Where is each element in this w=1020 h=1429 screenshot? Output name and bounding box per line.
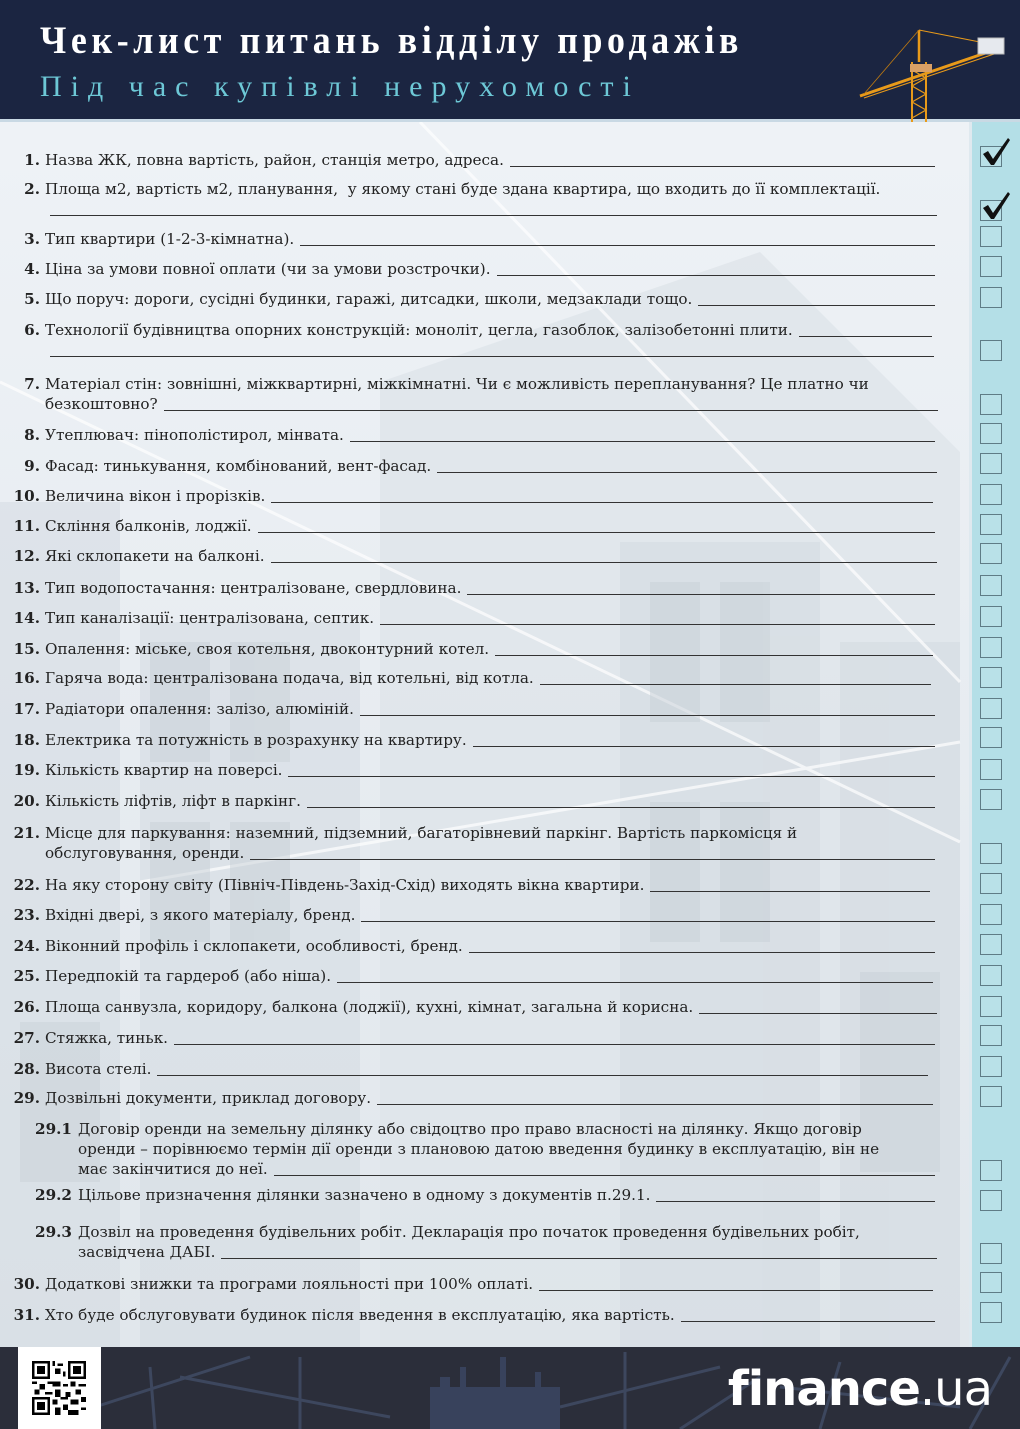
answer-field[interactable] [337,982,933,983]
item-text: Місце для паркування: наземний, підземни… [45,823,797,843]
brand-main: finance [728,1361,920,1417]
item-number: 5. [0,289,40,309]
item-number: 12. [0,546,40,566]
answer-field[interactable] [377,1104,933,1105]
answer-field[interactable] [656,1201,935,1202]
answer-field[interactable] [307,807,935,808]
item-number: 4. [0,259,40,279]
item-number: 10. [0,486,40,506]
item-text: Технології будівництва опорних конструкц… [45,320,793,340]
checklist-area: 1.Назва ЖК, повна вартість, район, станц… [0,122,1020,1347]
item-number: 29.2 [0,1185,72,1205]
item-text: Площа санвузла, коридору, балкона (лоджі… [45,997,693,1017]
answer-field[interactable] [288,776,935,777]
item-text: Електрика та потужність в розрахунку на … [45,730,467,750]
item-number: 6. [0,320,40,340]
item-number: 7. [0,374,40,394]
item-text: Опалення: міське, своя котельня, двоконт… [45,639,489,659]
answer-field[interactable] [164,410,938,411]
item-number: 26. [0,997,40,1017]
item-text: безкоштовно? [45,394,158,414]
item-text: Кількість ліфтів, ліфт в паркінг. [45,791,301,811]
checkbox[interactable] [980,1302,1002,1323]
checkbox[interactable] [980,727,1002,748]
answer-field[interactable] [497,275,935,276]
item-text: оренди – порівнюємо термін дії оренди з … [78,1139,879,1159]
item-text: На яку сторону світу (Північ-Південь-Зах… [45,875,644,895]
item-text: Дозвіл на проведення будівельних робіт. … [78,1222,860,1242]
item-text: Радіатори опалення: залізо, алюміній. [45,699,354,719]
item-number: 16. [0,668,40,688]
checkbox[interactable] [980,256,1002,277]
checkbox[interactable] [980,340,1002,361]
item-text: Величина вікон і прорізків. [45,486,265,506]
item-number: 17. [0,699,40,719]
item-text: Цільове призначення ділянки зазначено в … [78,1185,650,1205]
brand-logo[interactable]: finance.ua [728,1361,992,1417]
item-number: 22. [0,875,40,895]
checkbox[interactable] [980,226,1002,247]
answer-field[interactable] [799,336,932,337]
checkmark-icon [979,136,1013,166]
item-text: має закінчитися до неї. [78,1159,268,1179]
header: Чек-лист питань відділу продажів Під час… [0,0,1020,122]
answer-field[interactable] [469,952,935,953]
checkbox[interactable] [980,484,1002,505]
item-text: Хто буде обслуговувати будинок після вве… [45,1305,675,1325]
item-number: 19. [0,760,40,780]
checkbox[interactable] [980,965,1002,986]
checkmark-icon [979,190,1013,220]
answer-field[interactable] [258,532,935,533]
item-text: Договір оренди на земельну ділянку або с… [78,1119,862,1139]
checkbox[interactable] [980,1086,1002,1107]
item-number: 20. [0,791,40,811]
checkbox[interactable] [980,287,1002,308]
item-number: 30. [0,1274,40,1294]
item-text: Ціна за умови повної оплати (чи за умови… [45,259,491,279]
item-number: 29.1 [0,1119,72,1139]
item-text: Матеріал стін: зовнішні, міжквартирні, м… [45,374,869,394]
item-number: 18. [0,730,40,750]
item-number: 11. [0,516,40,536]
answer-field[interactable] [437,472,937,473]
answer-field[interactable] [698,305,935,306]
page-title: Чек-лист питань відділу продажів [40,18,743,63]
checkbox[interactable] [980,698,1002,719]
item-text: Тип каналізації: централізована, септик. [45,608,374,628]
answer-field[interactable] [510,166,935,167]
item-text: засвідчена ДАБІ. [78,1242,215,1262]
item-number: 2. [0,179,40,199]
answer-field[interactable] [360,715,935,716]
checkbox[interactable] [980,1056,1002,1077]
item-text: Площа м2, вартість м2, планування, у яко… [45,179,880,199]
item-text: Кількість квартир на поверсі. [45,760,283,780]
item-number: 9. [0,456,40,476]
checkbox[interactable] [980,759,1002,780]
answer-field[interactable] [174,1044,935,1045]
item-text: Тип квартири (1-2-3-кімнатна). [45,229,294,249]
checkbox[interactable] [980,843,1002,864]
item-text: Гаряча вода: централізована подача, від … [45,668,534,688]
checkbox[interactable] [980,637,1002,658]
checkbox[interactable] [980,1272,1002,1293]
answer-field[interactable] [540,684,931,685]
checkbox[interactable] [980,423,1002,444]
checkbox[interactable] [980,575,1002,596]
footer: finance.ua [0,1347,1020,1429]
item-text: Додаткові знижки та програми лояльності … [45,1274,533,1294]
checkbox[interactable] [980,789,1002,810]
item-number: 15. [0,639,40,659]
answer-field[interactable] [495,655,933,656]
item-number: 23. [0,905,40,925]
checkbox[interactable] [980,667,1002,688]
answer-field[interactable] [157,1075,928,1076]
item-number: 24. [0,936,40,956]
answer-field[interactable] [50,356,934,357]
answer-field[interactable] [650,891,930,892]
answer-field[interactable] [350,441,935,442]
checkbox[interactable] [980,514,1002,535]
answer-field[interactable] [50,215,937,216]
checkbox[interactable] [980,453,1002,474]
item-number: 25. [0,966,40,986]
answer-field[interactable] [271,562,937,563]
item-number: 14. [0,608,40,628]
qr-code[interactable] [18,1347,101,1429]
item-text: Дозвільні документи, приклад договору. [45,1088,371,1108]
answer-field[interactable] [467,594,935,595]
item-text: Вхідні двері, з якого матеріалу, бренд. [45,905,355,925]
brand-suffix: .ua [920,1361,992,1417]
checkbox[interactable] [980,1160,1002,1181]
checkbox[interactable] [980,606,1002,627]
item-text: обслуговування, оренди. [45,843,244,863]
item-text: Що поруч: дороги, сусідні будинки, гараж… [45,289,692,309]
item-text: Утеплювач: пінополістирол, мінвата. [45,425,344,445]
answer-field[interactable] [221,1258,937,1259]
item-text: Висота стелі. [45,1059,151,1079]
answer-field[interactable] [274,1175,935,1176]
item-number: 29.3 [0,1222,72,1242]
answer-field[interactable] [300,245,935,246]
answer-field[interactable] [380,624,935,625]
item-number: 13. [0,578,40,598]
item-text: Назва ЖК, повна вартість, район, станція… [45,150,504,170]
item-text: Фасад: тинькування, комбінований, вент-ф… [45,456,431,476]
crane-icon [850,26,1010,122]
qr-code-icon [32,1361,86,1415]
item-number: 27. [0,1028,40,1048]
answer-field[interactable] [539,1290,933,1291]
answer-field[interactable] [681,1321,935,1322]
checkbox[interactable] [980,934,1002,955]
answer-field[interactable] [473,746,935,747]
item-number: 1. [0,150,40,170]
checkbox[interactable] [980,873,1002,894]
item-number: 3. [0,229,40,249]
answer-field[interactable] [250,859,935,860]
checkbox[interactable] [980,904,1002,925]
item-number: 21. [0,823,40,843]
answer-field[interactable] [271,502,933,503]
item-text: Віконний профіль і склопакети, особливос… [45,936,463,956]
checkbox[interactable] [980,996,1002,1017]
item-number: 8. [0,425,40,445]
item-number: 29. [0,1088,40,1108]
answer-field[interactable] [699,1013,937,1014]
checkbox[interactable] [980,543,1002,564]
item-text: Стяжка, тиньк. [45,1028,168,1048]
answer-field[interactable] [361,921,935,922]
item-text: Які склопакети на балконі. [45,546,265,566]
item-text: Тип водопостачання: централізоване, свер… [45,578,461,598]
item-number: 31. [0,1305,40,1325]
item-text: Передпокій та гардероб (або ніша). [45,966,331,986]
page-subtitle: Під час купівлі нерухомості [40,70,640,104]
item-number: 28. [0,1059,40,1079]
checkbox[interactable] [980,1025,1002,1046]
checkbox[interactable] [980,1243,1002,1264]
item-text: Скління балконів, лоджії. [45,516,252,536]
checkbox[interactable] [980,394,1002,415]
checkbox[interactable] [980,1190,1002,1211]
